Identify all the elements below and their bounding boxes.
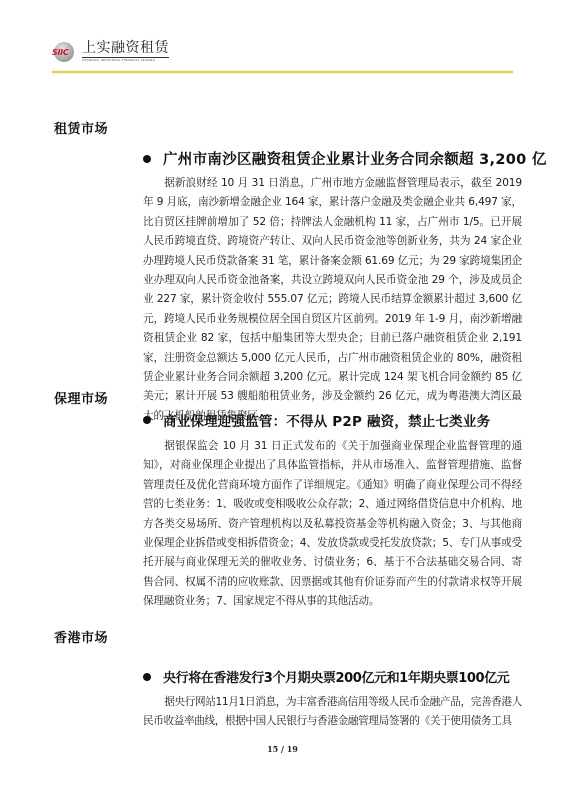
headline-text: 商业保理迎强监管：不得从 P2P 融资，禁止七类业务 <box>163 410 490 430</box>
headline-text: 央行将在香港发行3个月期央票200亿元和1年期央票100亿元 <box>163 667 509 686</box>
section-title-leasing: 租赁市场 <box>54 118 108 137</box>
bullet-icon <box>143 416 151 424</box>
article-headline-factoring: 商业保理迎强监管：不得从 P2P 融资，禁止七类业务 <box>143 410 490 430</box>
article-body-nansha: 据新浪财经 10 月 31 日消息，广州市地方金融监督管理局表示，截至 2019… <box>143 174 522 426</box>
header-divider <box>52 71 513 73</box>
page-number: 15 / 19 <box>0 744 565 754</box>
article-body-factoring: 据银保监会 10 月 31 日正式发布的《关于加强商业保理企业监督管理的通知》，… <box>143 437 522 612</box>
company-name-block: 上实融资租赁 SHANGHAI INDUSTRIAL FINANCIAL LEA… <box>82 41 169 63</box>
headline-text: 广州市南沙区融资租赁企业累计业务合同余额超 3,200 亿 <box>163 148 547 169</box>
section-title-hongkong: 香港市场 <box>54 627 108 646</box>
bullet-icon <box>143 155 151 163</box>
company-name-cn: 上实融资租赁 <box>82 41 169 58</box>
article-body-hongkong: 据央行网站11月1日消息，为丰富香港高信用等级人民币金融产品，完善香港人民币收益… <box>143 693 522 732</box>
article-headline-hongkong: 央行将在香港发行3个月期央票200亿元和1年期央票100亿元 <box>143 667 509 686</box>
document-header: SIIC 上实融资租赁 SHANGHAI INDUSTRIAL FINANCIA… <box>52 38 169 66</box>
company-logo-icon: SIIC <box>52 42 78 62</box>
logo-mark: SIIC <box>52 48 68 57</box>
section-title-factoring: 保理市场 <box>54 388 108 407</box>
article-headline-nansha: 广州市南沙区融资租赁企业累计业务合同余额超 3,200 亿 <box>143 148 547 169</box>
bullet-icon <box>143 673 151 681</box>
company-name-en: SHANGHAI INDUSTRIAL FINANCIAL LEASING <box>82 58 169 63</box>
